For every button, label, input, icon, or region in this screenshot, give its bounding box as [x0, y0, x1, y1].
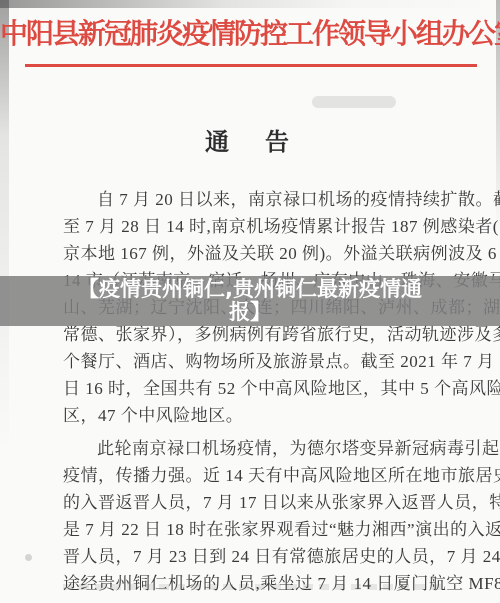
body-line: 至 7 月 28 日 14 时,南京机场疫情累计报告 187 例感染者(南	[63, 213, 441, 240]
notice-title: 通 告	[0, 122, 500, 157]
photo-edge-shadow-left	[0, 0, 9, 455]
body-line: 个餐厅、酒店、购物场所及旅游景点。截至 2021 年 7 月 28	[63, 348, 441, 375]
body-line: 京本地 167 例，外溢及关联 20 例)。外溢关联病例波及 6 省	[63, 240, 441, 267]
body-line: 是 7 月 22 日 18 时在张家界观看过“魅力湘西”演出的入返	[63, 516, 441, 543]
body-line: 区，47 个中风险地区。	[63, 402, 441, 429]
cutoff-text-hint	[63, 584, 441, 590]
header-underline-rule	[25, 64, 477, 67]
body-line: 此轮南京禄口机场疫情，为德尔塔变异新冠病毒引起的	[63, 435, 441, 462]
photo-edge-shadow-top	[0, 0, 500, 8]
photo-smudge-artifact	[312, 96, 396, 108]
body-line: 自 7 月 20 日以来，南京禄口机场的疫情持续扩散。截	[63, 186, 441, 213]
body-line: 疫情，传播力强。近 14 天有中高风险地区所在地市旅居史	[63, 462, 441, 489]
watermark-caption-line2: 报】	[229, 301, 271, 324]
body-line: 日 16 时，全国共有 52 个中高风险地区，其中 5 个高风险地	[63, 375, 441, 402]
document-photo: 中阳县新冠肺炎疫情防控工作领导小组办公室 通 告 自 7 月 20 日以来，南京…	[0, 0, 500, 603]
watermark-caption-band: 【疫情贵州铜仁,贵州铜仁最新疫情通 报】	[0, 276, 500, 326]
body-line: 晋人员，7 月 23 日到 24 日有常德旅居史的人员，7 月 24 日	[63, 543, 441, 570]
notice-body: 自 7 月 20 日以来，南京禄口机场的疫情持续扩散。截 至 7 月 28 日 …	[63, 186, 441, 597]
watermark-caption-line1: 【疫情贵州铜仁,贵州铜仁最新疫情通	[78, 278, 422, 301]
org-header-title: 中阳县新冠肺炎疫情防控工作领导小组办公室	[0, 12, 500, 52]
photo-dot-artifact	[25, 554, 32, 561]
body-line: 的入晋返晋人员，7 月 17 日以来从张家界入返晋人员，特别	[63, 489, 441, 516]
